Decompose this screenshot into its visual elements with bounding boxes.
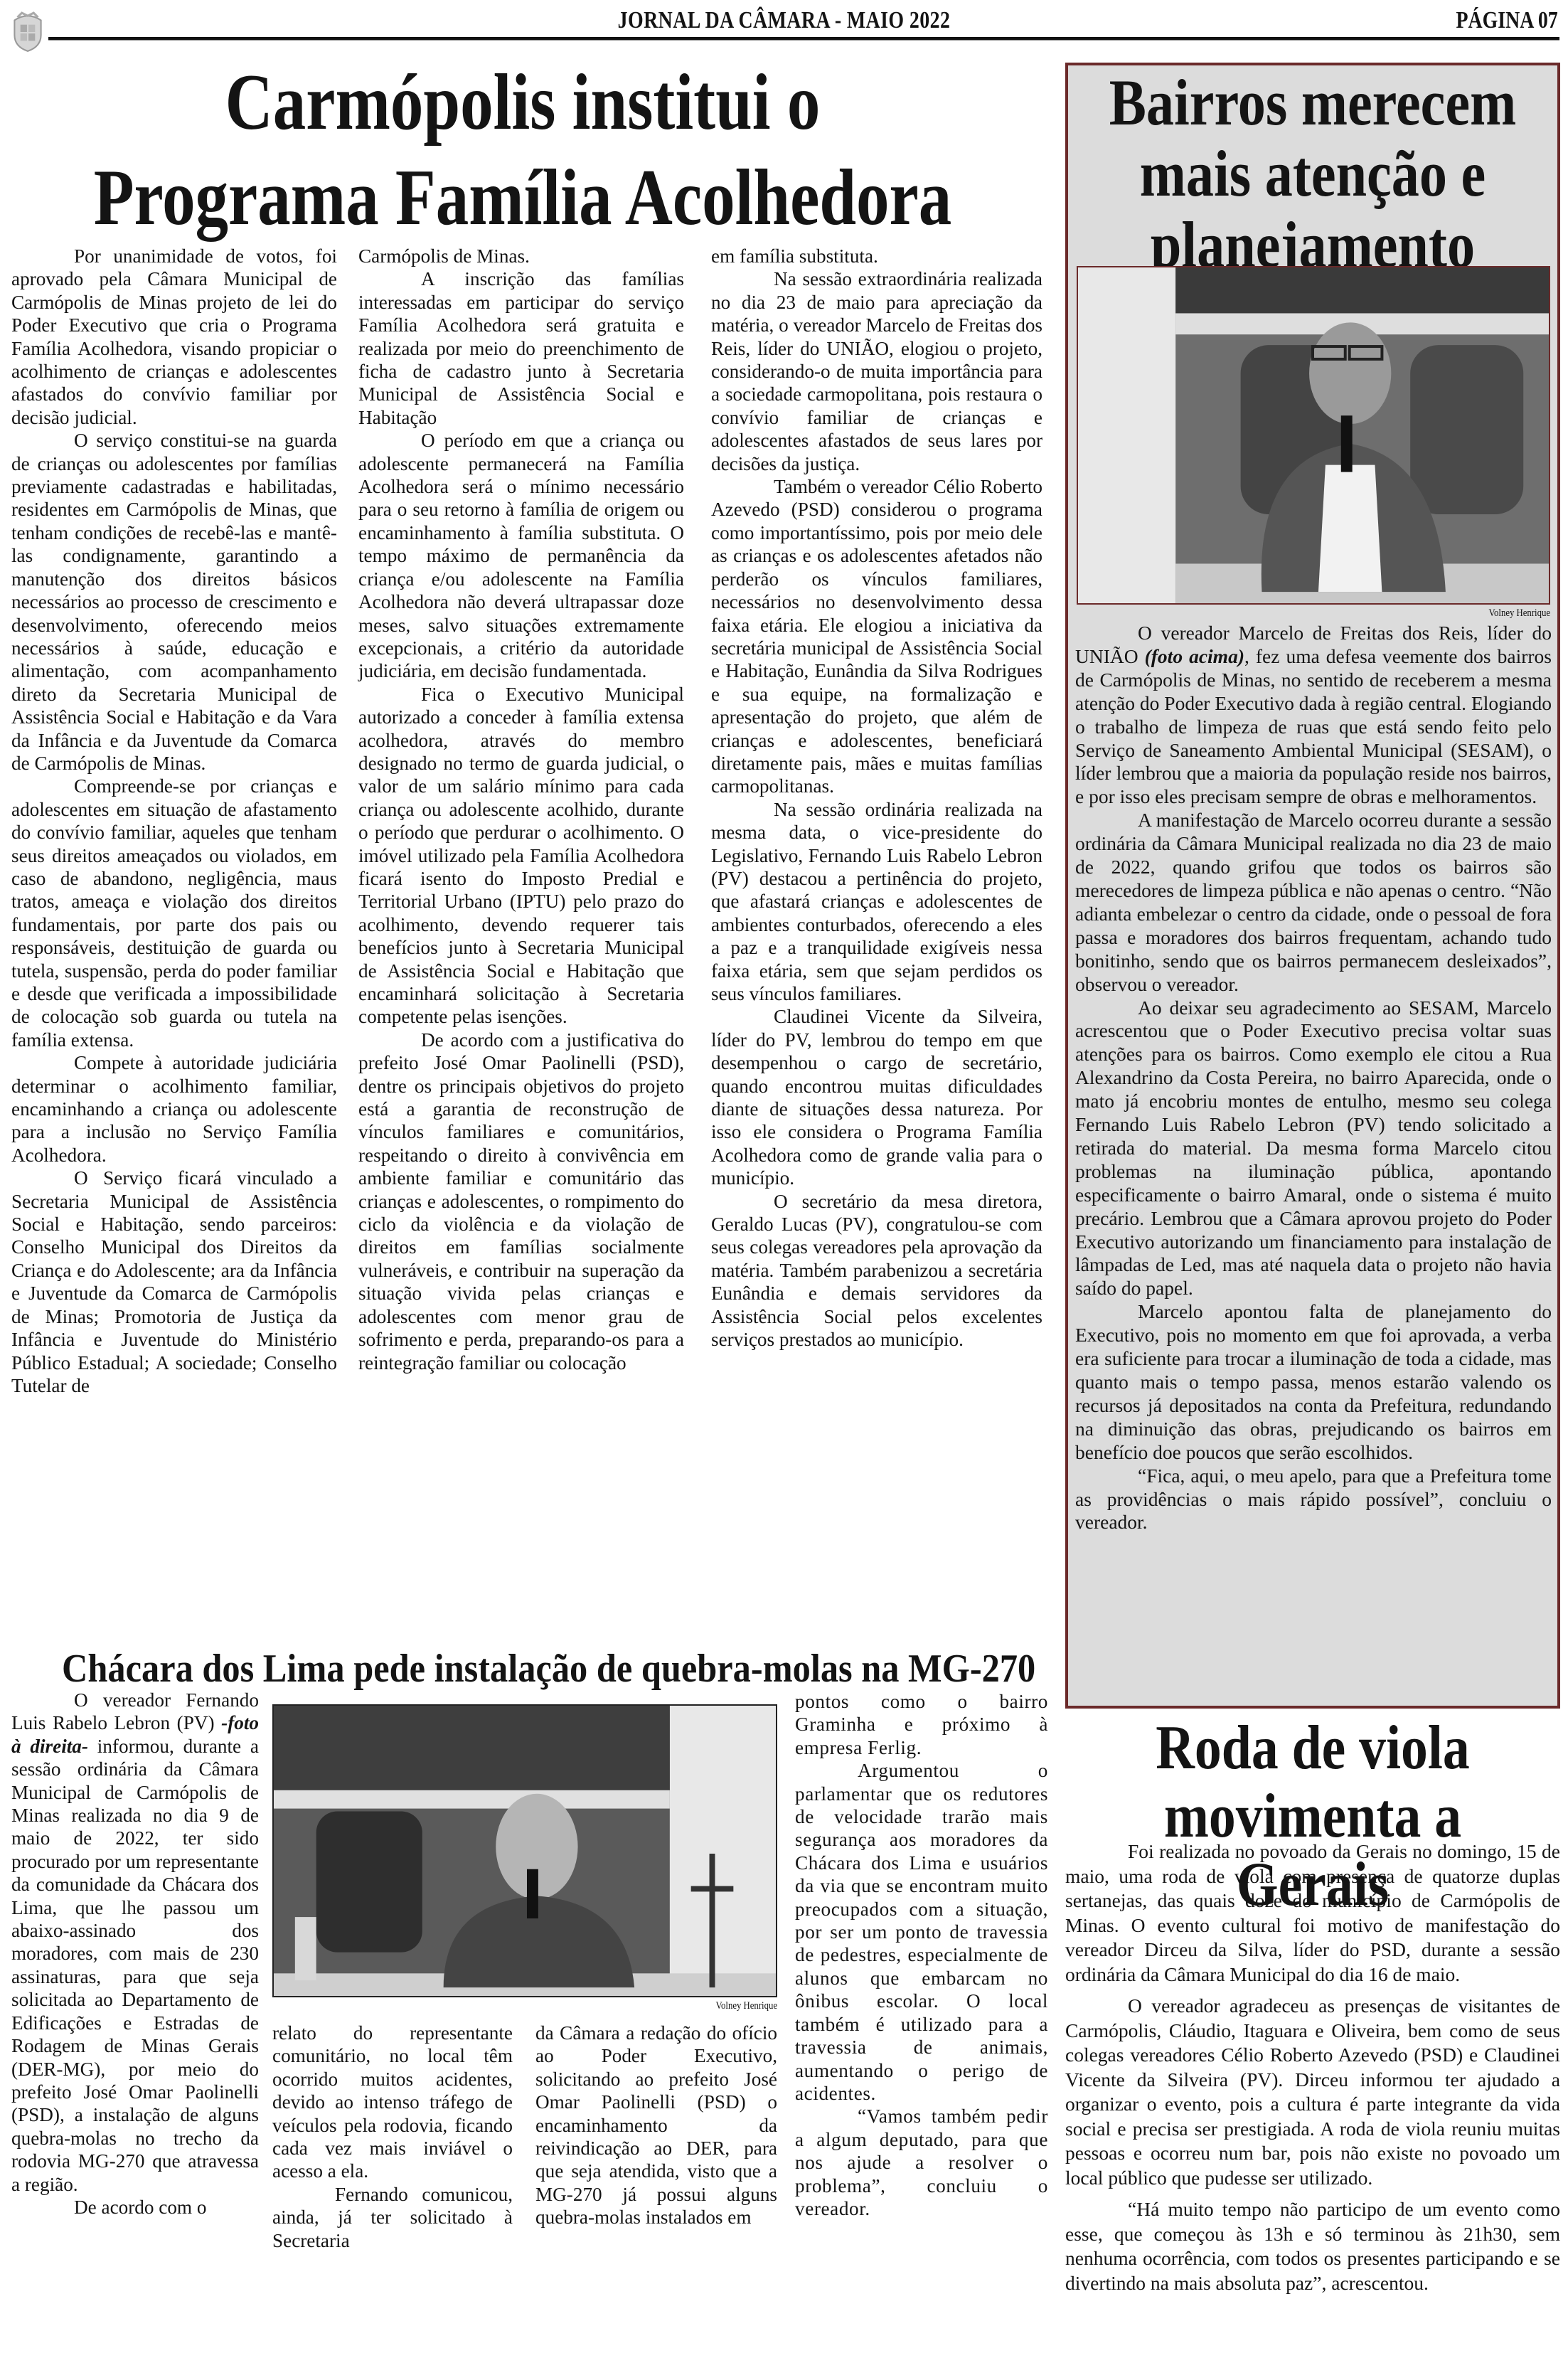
paragraph: Ao deixar seu agradecimento ao SESAM, Ma…: [1075, 997, 1552, 1301]
paragraph: O serviço constitui-se na guarda de cria…: [11, 429, 337, 775]
side-article-photo: [1077, 266, 1550, 605]
paragraph: “Há muito tempo não participo de um even…: [1065, 2197, 1560, 2295]
paragraph: Também o vereador Célio Roberto Azevedo …: [711, 475, 1042, 798]
paragraph: Argumentou o parlamentar que os redutore…: [795, 1759, 1048, 2105]
main-article-column-1: Por unanimidade de votos, foi aprovado p…: [11, 245, 337, 1397]
paragraph: O vereador agradeceu as presenças de vis…: [1065, 1994, 1560, 2190]
paragraph: “Vamos também pedir a algum deputado, pa…: [795, 2105, 1048, 2220]
paragraph: Carmópolis de Minas.: [358, 245, 684, 267]
side-article-title: Bairros merecem mais atenção e planejame…: [1105, 67, 1521, 280]
paragraph: O Serviço ficará vinculado a Secretaria …: [11, 1167, 337, 1397]
paragraph: De acordo com o: [11, 2196, 259, 2219]
bottom-article-column-4: pontos como o bairro Graminha e próximo …: [795, 1690, 1048, 2220]
masthead-title: JORNAL DA CÂMARA - MAIO 2022: [141, 7, 1426, 34]
paragraph: A manifestação de Marcelo ocorreu durant…: [1075, 809, 1552, 996]
main-headline-line2: Programa Família Acolhedora: [89, 158, 956, 238]
paragraph: Foi realizada no povoado da Gerais no do…: [1065, 1839, 1560, 1987]
paragraph: Claudinei Vicente da Silveira, líder do …: [711, 1005, 1042, 1189]
header-rule: [48, 37, 1559, 41]
photo-credit: Volney Henrique: [1148, 607, 1550, 620]
paragraph: “Fica, aqui, o meu apelo, para que a Pre…: [1075, 1465, 1552, 1535]
paragraph: Marcelo apontou falta de planejamento do…: [1075, 1300, 1552, 1464]
bottom-article-photo: [272, 1704, 777, 1997]
paragraph: Compreende-se por crianças e adolescente…: [11, 775, 337, 1051]
bottom-article-title: Chácara dos Lima pede instalação de queb…: [62, 1647, 996, 1690]
side-article-body: O vereador Marcelo de Freitas dos Reis, …: [1075, 622, 1552, 1534]
page-number: PÁGINA 07: [1456, 7, 1558, 34]
paragraph: O vereador Marcelo de Freitas dos Reis, …: [1075, 622, 1552, 809]
paragraph: Por unanimidade de votos, foi aprovado p…: [11, 245, 337, 429]
main-article-column-3: em família substituta. Na sessão extraor…: [711, 245, 1042, 1351]
paragraph: da Câmara a redação do ofício ao Poder E…: [535, 2022, 777, 2229]
paragraph: O secretário da mesa diretora, Geraldo L…: [711, 1190, 1042, 1351]
paragraph: relato do representante comunitário, no …: [272, 2022, 513, 2183]
paragraph: O vereador Fernando Luis Rabelo Lebron (…: [11, 1689, 259, 2196]
main-headline-line1: Carmópolis institui o: [89, 63, 956, 142]
paragraph: Fernando comunicou, ainda, já ter solici…: [272, 2183, 513, 2252]
paragraph: Compete à autoridade judiciária determin…: [11, 1051, 337, 1167]
paragraph: De acordo com a justificativa do prefeit…: [358, 1029, 684, 1374]
paragraph: em família substituta.: [711, 245, 1042, 267]
roda-article-body: Foi realizada no povoado da Gerais no do…: [1065, 1839, 1560, 2295]
paragraph: pontos como o bairro Graminha e próximo …: [795, 1690, 1048, 1759]
main-article-column-2: Carmópolis de Minas. A inscrição das fam…: [358, 245, 684, 1374]
bottom-article-column-2: relato do representante comunitário, no …: [272, 2022, 513, 2252]
paragraph: A inscrição das famílias interessadas em…: [358, 267, 684, 429]
paragraph: Na sessão extraordinária realizada no di…: [711, 267, 1042, 475]
side-article-box: Bairros merecem mais atenção e planejame…: [1065, 63, 1560, 1709]
paragraph: O período em que a criança ou adolescent…: [358, 429, 684, 682]
photo-credit: Volney Henrique: [348, 2000, 778, 2012]
paragraph: Na sessão ordinária realizada na mesma d…: [711, 798, 1042, 1006]
bottom-article-column-3: da Câmara a redação do ofício ao Poder E…: [535, 2022, 777, 2229]
paragraph: Fica o Executivo Municipal autorizado a …: [358, 683, 684, 1029]
coat-of-arms-icon: [6, 10, 50, 54]
bottom-article-column-1: O vereador Fernando Luis Rabelo Lebron (…: [11, 1689, 259, 2219]
